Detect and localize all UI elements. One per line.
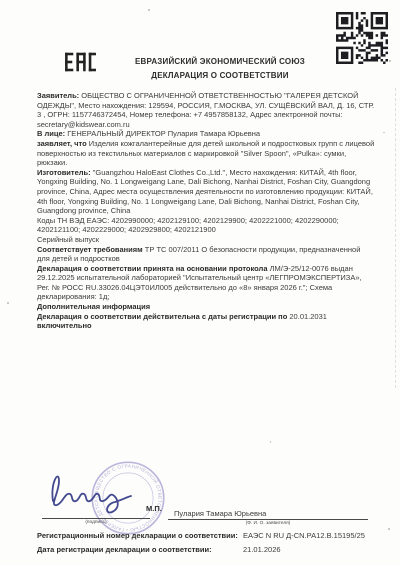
registration-date-label: Дата регистрации декларации о соответств… — [37, 545, 212, 554]
scan-speck — [388, 528, 390, 530]
basis-label: Декларация о соответствии принята на осн… — [37, 264, 268, 273]
union-title: ЕВРАЗИЙСКИЙ ЭКОНОМИЧЕСКИЙ СОЮЗ — [100, 57, 340, 66]
scan-speck — [7, 302, 9, 304]
declares-label: заявляет, что — [37, 139, 87, 148]
validity-paragraph: Декларация о соответствии действительна … — [37, 312, 375, 331]
person-label: В лице: — [37, 129, 65, 138]
manufacturer-paragraph: Изготовитель: "Guangzhou HaloEast Clothe… — [37, 168, 375, 216]
signature-scrawl — [45, 461, 151, 515]
basis-paragraph: Декларация о соответствии принята на осн… — [37, 264, 375, 302]
scan-speck — [383, 132, 385, 133]
registration-date-value: 21.01.2026 — [243, 545, 281, 554]
scan-speck — [270, 441, 271, 443]
scan-speck — [389, 60, 391, 62]
manufacturer-label: Изготовитель: — [37, 168, 91, 177]
stamp-place-label: М.П. — [146, 504, 162, 513]
scan-artifact — [395, 88, 396, 388]
name-caption: (Ф. И. О. заявителя) — [168, 521, 368, 526]
signature-line — [42, 518, 150, 519]
declares-text: Изделия кожгалантерейные для детей школь… — [37, 139, 374, 167]
applicant-text: ОБЩЕСТВО С ОГРАНИЧЕННОЙ ОТВЕТСТВЕННОСТЬЮ… — [37, 91, 374, 129]
validity-date: 20.01.2031 — [289, 312, 327, 321]
serial-issue: Серийный выпуск — [37, 235, 375, 245]
registration-number-value: ЕАЭС N RU Д-CN.РА12.В.15195/25 — [243, 531, 365, 540]
tnved-codes: Коды ТН ВЭД ЕАЭС: 4202990000; 4202129100… — [37, 216, 375, 235]
person-paragraph: В лице: ГЕНЕРАЛЬНЫЙ ДИРЕКТОР Пулария Там… — [37, 129, 375, 139]
applicant-label: Заявитель: — [37, 91, 79, 100]
additional-info-label: Дополнительная информация — [37, 302, 375, 312]
signatory-name: Пулария Тамара Юрьевна — [174, 509, 266, 518]
applicant-paragraph: Заявитель: ОБЩЕСТВО С ОГРАНИЧЕННОЙ ОТВЕТ… — [37, 91, 375, 129]
registration-number-row: Регистрационный номер декларации о соотв… — [37, 531, 393, 540]
validity-label: Декларация о соответствии действительна … — [37, 312, 287, 321]
eac-logo — [63, 46, 97, 78]
scan-speck — [148, 9, 150, 11]
validity-suffix: включительно — [37, 321, 92, 330]
document-title: ДЕКЛАРАЦИЯ О СООТВЕТСТВИИ — [100, 71, 340, 80]
name-line — [168, 519, 368, 520]
person-text: ГЕНЕРАЛЬНЫЙ ДИРЕКТОР Пулария Тамара Юрье… — [67, 129, 260, 138]
registration-date-row: Дата регистрации декларации о соответств… — [37, 545, 393, 554]
declaration-document: ЕВРАЗИЙСКИЙ ЭКОНОМИЧЕСКИЙ СОЮЗ ДЕКЛАРАЦИ… — [0, 0, 400, 565]
registration-number-label: Регистрационный номер декларации о соотв… — [37, 531, 238, 540]
declares-paragraph: заявляет, что Изделия кожгалантерейные д… — [37, 139, 375, 168]
conformity-paragraph: Соответствует требованиям ТР ТС 007/2011… — [37, 245, 375, 264]
qr-code-icon — [336, 12, 388, 64]
document-header: ЕВРАЗИЙСКИЙ ЭКОНОМИЧЕСКИЙ СОЮЗ ДЕКЛАРАЦИ… — [100, 57, 340, 80]
conformity-label: Соответствует требованиям — [37, 245, 143, 254]
document-body: Заявитель: ОБЩЕСТВО С ОГРАНИЧЕННОЙ ОТВЕТ… — [37, 91, 375, 331]
signature-caption: (подпись) — [42, 520, 150, 525]
